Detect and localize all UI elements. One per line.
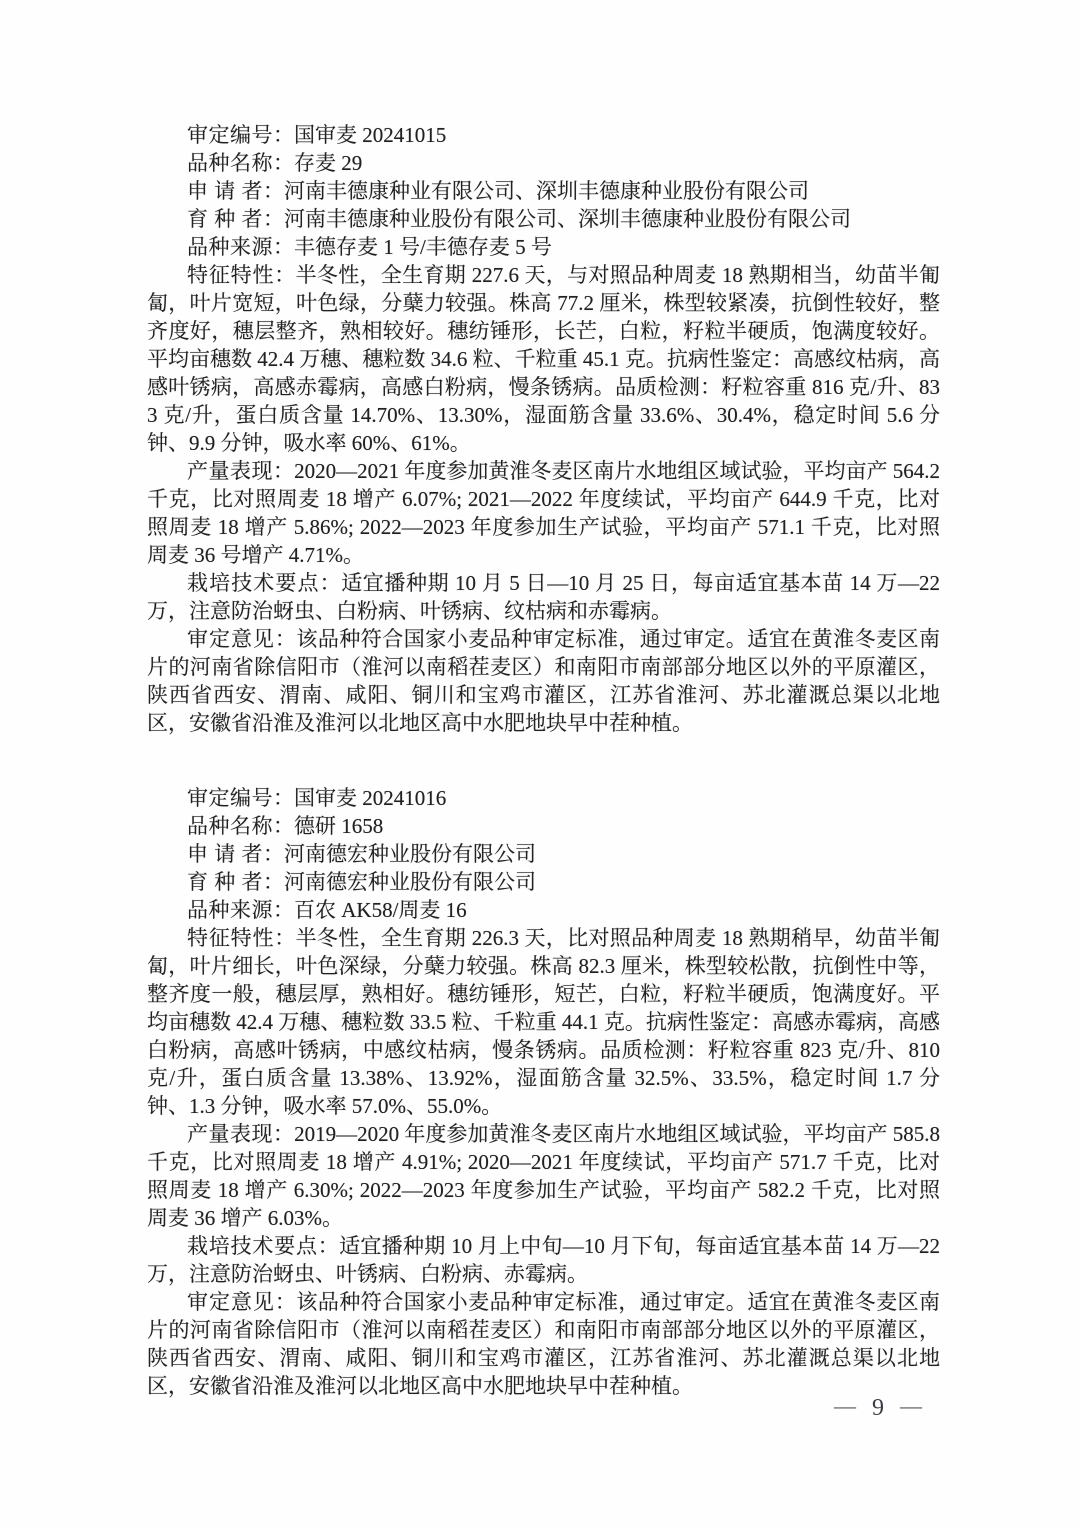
colon: ： <box>263 207 284 231</box>
variety-entry-20241015: 审定编号：国审麦 20241015 品种名称：存麦 29 申 请 者：河南丰德康… <box>147 121 940 737</box>
field-value: 德研 1658 <box>294 814 383 838</box>
field-label: 审定编号 <box>187 786 273 810</box>
colon: ： <box>273 898 294 922</box>
footer-left-dash: — <box>834 1393 856 1419</box>
colon: ： <box>274 263 295 287</box>
colon: ： <box>273 151 294 175</box>
field-label: 品种来源 <box>187 898 273 922</box>
para-label: 产量表现 <box>187 1122 273 1146</box>
para-yield-performance: 产量表现：2020—2021 年度参加黄淮冬麦区南片水地组区域试验，平均亩产 5… <box>147 457 940 569</box>
field-label: 申 请 者 <box>187 842 263 866</box>
field-value: 河南德宏种业股份有限公司 <box>284 870 536 894</box>
field-value: 国审麦 20241015 <box>294 123 446 147</box>
colon: ： <box>273 786 294 810</box>
colon: ： <box>273 1122 294 1146</box>
para-characteristics: 特征特性：半冬性，全生育期 226.3 天，比对照品种周麦 18 熟期稍早，幼苗… <box>147 924 940 1120</box>
colon: ： <box>263 842 284 866</box>
colon: ： <box>275 1290 296 1314</box>
para-label: 特征特性 <box>187 926 274 950</box>
para-label: 审定意见 <box>187 1290 275 1314</box>
field-label: 品种名称 <box>187 814 273 838</box>
colon: ： <box>273 459 294 483</box>
colon: ： <box>320 571 342 595</box>
field-label: 审定编号 <box>187 123 273 147</box>
colon: ： <box>263 179 284 203</box>
colon: ： <box>263 870 284 894</box>
page-number: 9 <box>872 1395 884 1422</box>
para-text: 半冬性，全生育期 226.3 天，比对照品种周麦 18 熟期稍早，幼苗半匍匐，叶… <box>147 926 940 1118</box>
field-value: 河南丰德康种业有限公司、深圳丰德康种业股份有限公司 <box>284 179 809 203</box>
colon: ： <box>273 123 294 147</box>
field-value: 百农 AK58/周麦 16 <box>294 898 467 922</box>
field-variety-origin: 品种来源：百农 AK58/周麦 16 <box>147 896 940 924</box>
colon: ： <box>275 627 296 651</box>
colon: ： <box>318 1234 339 1258</box>
field-certification-number: 审定编号：国审麦 20241015 <box>147 121 940 149</box>
field-certification-number: 审定编号：国审麦 20241016 <box>147 784 940 812</box>
field-label: 育 种 者 <box>187 207 263 231</box>
variety-entry-20241016: 审定编号：国审麦 20241016 品种名称：德研 1658 申 请 者：河南德… <box>147 784 940 1400</box>
field-value: 存麦 29 <box>294 151 362 175</box>
colon: ： <box>273 814 294 838</box>
footer-right-dash: — <box>900 1393 922 1419</box>
field-applicant: 申 请 者：河南丰德康种业有限公司、深圳丰德康种业股份有限公司 <box>147 177 940 205</box>
para-label: 栽培技术要点 <box>187 1234 318 1258</box>
para-certification-opinion: 审定意见：该品种符合国家小麦品种审定标准，通过审定。适宜在黄淮冬麦区南片的河南省… <box>147 625 940 737</box>
field-value: 河南丰德康种业股份有限公司、深圳丰德康种业股份有限公司 <box>284 207 851 231</box>
page-footer: —9— <box>818 1395 938 1422</box>
para-label: 特征特性 <box>187 263 274 287</box>
para-text: 半冬性，全生育期 227.6 天，与对照品种周麦 18 熟期相当，幼苗半匍匐，叶… <box>147 263 940 455</box>
para-certification-opinion: 审定意见：该品种符合国家小麦品种审定标准，通过审定。适宜在黄淮冬麦区南片的河南省… <box>147 1288 940 1400</box>
para-label: 审定意见 <box>187 627 275 651</box>
para-yield-performance: 产量表现：2019—2020 年度参加黄淮冬麦区南片水地组区域试验，平均亩产 5… <box>147 1120 940 1232</box>
field-label: 品种来源 <box>187 235 273 259</box>
field-value: 国审麦 20241016 <box>294 786 446 810</box>
field-label: 品种名称 <box>187 151 273 175</box>
para-cultivation-techniques: 栽培技术要点：适宜播种期 10 月上中旬—10 月下旬，每亩适宜基本苗 14 万… <box>147 1232 940 1288</box>
field-applicant: 申 请 者：河南德宏种业股份有限公司 <box>147 840 940 868</box>
field-variety-origin: 品种来源：丰德存麦 1 号/丰德存麦 5 号 <box>147 233 940 261</box>
field-value: 河南德宏种业股份有限公司 <box>284 842 536 866</box>
colon: ： <box>274 926 295 950</box>
document-content: 审定编号：国审麦 20241015 品种名称：存麦 29 申 请 者：河南丰德康… <box>147 121 940 1400</box>
field-label: 育 种 者 <box>187 870 263 894</box>
field-breeder: 育 种 者：河南德宏种业股份有限公司 <box>147 868 940 896</box>
para-cultivation-techniques: 栽培技术要点：适宜播种期 10 月 5 日—10 月 25 日，每亩适宜基本苗 … <box>147 569 940 625</box>
para-label: 产量表现 <box>187 459 273 483</box>
para-label: 栽培技术要点 <box>187 571 320 595</box>
para-characteristics: 特征特性：半冬性，全生育期 227.6 天，与对照品种周麦 18 熟期相当，幼苗… <box>147 261 940 457</box>
field-variety-name: 品种名称：德研 1658 <box>147 812 940 840</box>
field-label: 申 请 者 <box>187 179 263 203</box>
field-variety-name: 品种名称：存麦 29 <box>147 149 940 177</box>
colon: ： <box>273 235 294 259</box>
document-page: 审定编号：国审麦 20241015 品种名称：存麦 29 申 请 者：河南丰德康… <box>0 0 1080 1527</box>
field-value: 丰德存麦 1 号/丰德存麦 5 号 <box>294 235 552 259</box>
field-breeder: 育 种 者：河南丰德康种业股份有限公司、深圳丰德康种业股份有限公司 <box>147 205 940 233</box>
